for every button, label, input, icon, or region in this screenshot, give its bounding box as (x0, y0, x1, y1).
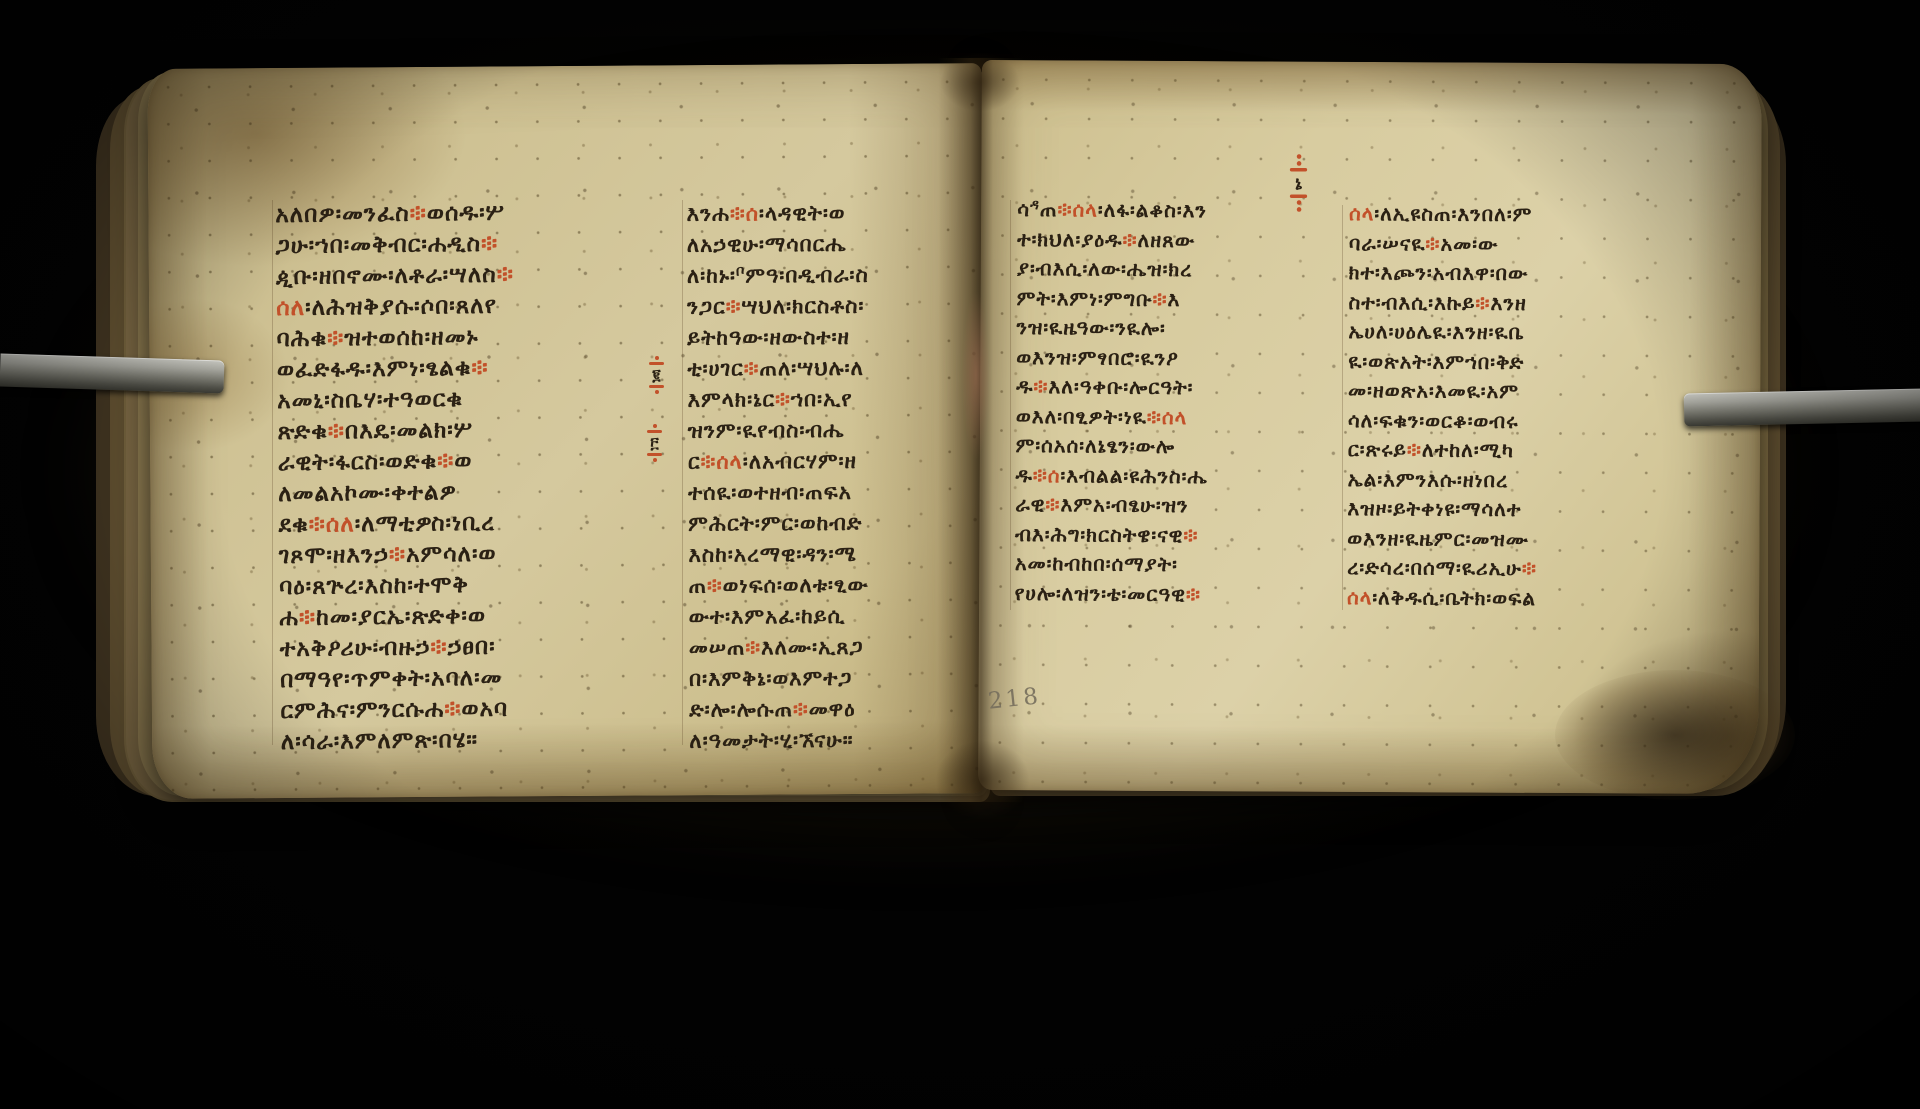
text-column-left-2: እንሐ፨ሰ፡ላዳዊት፡ወለአኃዊሁ፡ማሳበርሔለ፡ከኑ፡ቦምዓ፡በዲብራ፡ስንጋ… (687, 197, 980, 757)
rubric-red-text: ፨ (497, 262, 514, 288)
ink-text: አመኒ፡ስቤሃ፡ተዓወርቁ (277, 386, 463, 414)
ornament-dot (1296, 154, 1301, 159)
ink-text: እምላክ፡ኔር (688, 387, 776, 411)
text-line: ረ፡ድሳረ፡በሰማ፡ዪሪኢሁ፨ (1347, 553, 1667, 584)
text-line: የሀሎ፡ለዝን፡ቴ፡መርዓዊ፨ (1015, 578, 1305, 610)
text-line: ራዊት፡ፋርስ፡ወድቁ፨ወ (278, 444, 678, 479)
ink-text: ለአኃዊሁ፡ማሳበርሔ (687, 232, 847, 257)
text-line: እምላክ፡ኔር፨ኀበ፡ኢየ (688, 383, 978, 416)
text-line: ም፡ሰአሰ፡ለኔፄን፡ውሎ (1016, 431, 1306, 463)
ink-text: በ፡እምቅኔ፡ወእምተጋ (689, 666, 852, 691)
text-line: አመ፡ከብከበ፡ሰማያት፡ (1015, 549, 1305, 581)
ink-text: በእዴ፡መልክ፡ሦ (345, 417, 473, 444)
ruling-line (272, 200, 273, 745)
ink-text: ውተ፡እምአፈ፡ከይሲ (689, 604, 846, 629)
ink-text: ንጋር (687, 295, 726, 319)
rubric-red-text: ፨ (430, 634, 447, 660)
ink-text: ጽድቁ (277, 419, 328, 446)
ink-text: አምሳለ፡ወ (406, 541, 497, 568)
text-line: ወእንዘ፡ዪዜምር፡መዝሙ (1347, 524, 1667, 555)
ink-text: እለሙ፡ኢጸጋ (761, 635, 864, 660)
text-line: ተአቅዖሪሁ፡ብዙኃ፨ኃፀበ፡ (280, 630, 680, 665)
ink-text: ኃፀበ፡ (447, 634, 495, 661)
ink-text: ወእንዘ፡ዪዜምር፡መዝሙ (1347, 526, 1529, 551)
rubric-red-text: ፨ (726, 294, 742, 318)
text-line: ቲ፡ሀገር፨ጠለ፡ሣህሉ፡ለ (687, 352, 977, 385)
text-line: ዱ፨ሰ፡እብልል፡ዩሕንስ፡ሔ (1015, 460, 1305, 492)
ink-text: ቲ፡ሀገር (687, 356, 743, 380)
rubric-red-text: ፨ (1122, 227, 1137, 251)
rubric-red-text: ፨ (1475, 290, 1490, 314)
ornament-dot (1296, 161, 1301, 166)
text-line: ሐ፨ከመ፡ያርኤ፡ጽድቀ፡ወ (279, 599, 679, 634)
photo-background: አለበዎ፡መንፈስ፨ወሰዱ፡ሦጋሁ፡ኀበ፡መቅብር፡ሐዲስ፨ዺቡ፡ዘበኖሙ፡ለቶ… (0, 0, 1920, 1109)
text-line: ያ፡ብእሲ፡ለው፡ሔዝ፡ክረ (1017, 254, 1307, 286)
text-line: ብእ፡ሕግ፡ክርስትዌ፡ናዊ፨ (1015, 519, 1305, 551)
ink-text: ፡ለፋ፡ልቆስ፡እን (1098, 198, 1207, 223)
ornament-dash (649, 362, 664, 365)
margin-ornament: ፪ (649, 356, 664, 394)
ink-text: ወአባ (461, 696, 508, 722)
text-line: ባዕ፡ጸጕረ፡እስከ፡ተሞቅ (279, 568, 679, 603)
ornament-dash (647, 430, 662, 433)
ink-text: ዝንም፡ዪየብስ፡ብሔ (688, 418, 845, 443)
text-line: ጽድቁ፨በእዴ፡መልክ፡ሦ (277, 413, 677, 448)
ink-text: ርምሕና፡ምንርሱሐ (280, 696, 444, 724)
text-line: ር፡ጽሩይ፨ለተከለ፡ሚካ (1348, 435, 1668, 466)
ink-text: እዝዞ፡ይትቀነዩ፡ማሳለተ (1347, 496, 1521, 521)
rubric-red-text: ፨ (707, 574, 723, 598)
rubric-red-text: ፨ (328, 418, 345, 444)
rubric-red-text: ፨ (1045, 492, 1060, 516)
ornament-dot (655, 390, 659, 394)
ink-text: ኀበ፡ኢየ (791, 387, 853, 411)
ink-text: ፡ላዳዊት፡ወ (759, 201, 846, 225)
ink-text: አመ፡ው (1440, 231, 1498, 255)
text-column-right-1: ሳዳጠ፨ሰላ፡ለፋ፡ልቆስ፡እንተ፡ክህለ፡ያዕዱ፨ለዘጸውያ፡ብእሲ፡ለው፡ሔ… (1015, 195, 1308, 610)
rubric-red-text: ፨ሰ (1033, 463, 1061, 487)
ink-text: ለተከለ፡ሚካ (1422, 438, 1514, 462)
ink-text: ንዝ፡ዪዜዓው፡ንዪሎ፡ (1016, 315, 1165, 340)
ink-text: ራዊ (1015, 492, 1045, 516)
text-line: እስከ፡አረማዊ፡ዳን፡ሜ (688, 538, 978, 571)
text-line: ንዝ፡ዪዜዓው፡ንዪሎ፡ (1016, 313, 1306, 345)
rubric-red-text: ሰላ (1347, 585, 1373, 609)
text-line: ምት፡እምነ፡ምግቡ፨እ (1017, 283, 1307, 315)
ink-text: ምዓ፡በዲብራ፡ስ (745, 263, 868, 288)
ink-text: ከመ፡ያርኤ፡ጽድቀ፡ወ (316, 603, 486, 631)
text-line: አለበዎ፡መንፈስ፨ወሰዱ፡ሦ (275, 196, 675, 231)
rubric-red-text: ፨ሰ (730, 201, 759, 225)
ink-text: ር (688, 450, 701, 474)
ink-text: ገጾሞ፡ዘእንኃ (279, 542, 389, 569)
ink-text: ስተ፡ብእሲ፡እኩይ (1348, 290, 1475, 315)
ink-text: ጠ (1040, 197, 1058, 221)
rubric-red-text: ሰለ (276, 295, 305, 321)
text-line: ባሕቁ፨ዝተወሰከ፡ዘመኑ (276, 320, 676, 355)
text-line: ጋሁ፡ኀበ፡መቅብር፡ሐዲስ፨ (275, 227, 675, 262)
ink-text: ድ፡ሎ፡ሎሱጠ (689, 697, 793, 722)
ink-text: አመ፡ከብከበ፡ሰማያት፡ (1015, 551, 1178, 576)
ink-text: ተሰዪ፡ወተዘብ፡ጠፍአ (688, 480, 852, 505)
text-line: መሠጠ፨እለሙ፡ኢጸጋ (689, 631, 979, 664)
ornament-numeral: ፫ (650, 435, 658, 451)
text-line: ሳዳጠ፨ሰላ፡ለፋ፡ልቆስ፡እን (1017, 195, 1307, 227)
text-line: ደቁ፨ሰለ፡ለማቲዎስ፡ነቢረ (278, 506, 678, 541)
ornament-numeral: ኔ (1295, 174, 1302, 192)
text-column-right-2: ሰላ፡ለኢዩስጠ፡እንበለ፡ምባራ፡ሠናዪ፨አመ፡ውክተ፡እጮን፡አብእዋ፡በው… (1347, 199, 1669, 614)
ink-text: ለዘጸው (1138, 227, 1196, 251)
ink-text: እ (1168, 287, 1181, 311)
ornament-dash (647, 453, 662, 456)
ink-text: ለ፡ሳራ፡እምለምጽ፡በሄ። (281, 727, 479, 755)
rubric-red-text: ፨ (745, 635, 761, 659)
text-line: አመኒ፡ስቤሃ፡ተዓወርቁ (277, 382, 677, 417)
ink-text: ዝተወሰከ፡ዘመኑ (344, 324, 479, 351)
text-line: በ፡እምቅኔ፡ወእምተጋ (689, 662, 979, 695)
ornament-numeral: ፪ (652, 367, 660, 383)
ink-text: ባሕቁ (276, 326, 327, 353)
ink-text: ራዊት፡ፋርስ፡ወድቁ (278, 448, 438, 476)
text-line: ርምሕና፡ምንርሱሐ፨ወአባ (280, 692, 680, 727)
ink-text: ለ፡ከኑ፡ (687, 264, 736, 288)
text-line: ራዊ፨እምአ፡ብፄሁ፡ዝን (1015, 490, 1305, 522)
ink-text: ቦ (736, 262, 746, 279)
text-line: ለ፡ከኑ፡ቦምዓ፡በዲብራ፡ስ (687, 259, 977, 292)
ink-text: ተአቅዖሪሁ፡ብዙኃ (280, 635, 431, 663)
text-line: ሰላ፡ለቅዱሲ፡ቤትክ፡ወፍል (1347, 583, 1667, 614)
ink-text: መ፡ዘወጽአ፡እመዪ፡አም (1348, 378, 1519, 403)
ink-text: እስከ፡አረማዊ፡ዳን፡ሜ (688, 542, 857, 567)
rubric-red-text: ፨ (389, 542, 406, 568)
rubric-red-text: ፨ (299, 605, 316, 631)
margin-ornament: ፫ (647, 424, 662, 462)
text-line: ባራ፡ሠናዪ፨አመ፡ው (1349, 229, 1669, 260)
ink-text: ፡ለአብርሃም፡ዘ (743, 449, 857, 474)
text-line: ድ፡ሎ፡ሎሱጠ፨መዋዕ (689, 693, 979, 726)
ink-text: ዳ (1030, 197, 1040, 213)
margin-ornament: ኔ (1290, 154, 1307, 212)
ink-text: ፡ለኢዩስጠ፡እንበለ፡ም (1374, 201, 1532, 226)
ornament-dot (653, 424, 657, 428)
text-line: ር፨ሰላ፡ለአብርሃም፡ዘ (688, 445, 978, 478)
ornament-dash (649, 385, 664, 388)
ink-text: ጋሁ፡ኀበ፡መቅብር፡ሐዲስ (275, 231, 481, 259)
rubric-red-text: ፨ሰላ (1057, 197, 1098, 221)
ink-text: አለበዎ፡መንፈስ (275, 201, 410, 228)
text-line: በማዓየ፡ጥምቀት፡አባለ፡መ (280, 661, 680, 696)
rubric-red-text: ፨ (1033, 374, 1048, 398)
ink-text: ሳ (1017, 197, 1030, 221)
text-line: ገጾሞ፡ዘእንኃ፨አምሳለ፡ወ (279, 537, 679, 572)
text-line: ዺቡ፡ዘበኖሙ፡ለቶራ፡ሣለስ፨ (276, 258, 676, 293)
text-line: ጠ፨ወነፍሰ፡ወለቱ፡ፂው (688, 569, 978, 602)
rubric-red-text: ፨ (793, 697, 809, 721)
text-line: እንሐ፨ሰ፡ላዳዊት፡ወ (687, 197, 977, 230)
ink-text: ተ፡ክህለ፡ያዕዱ (1017, 226, 1123, 251)
ink-text: መዋዕ (809, 697, 856, 721)
ink-text: እንዘ (1490, 290, 1526, 314)
ink-text: ባራ፡ሠናዪ (1349, 231, 1426, 255)
text-line: ክተ፡እጮን፡አብእዋ፡በው (1349, 258, 1669, 289)
rubric-red-text: ፨ሰላ (700, 449, 742, 473)
ink-text: እለ፡ዓቀቡ፡ሎርዓት፡ (1048, 374, 1193, 399)
rubric-red-text: ፨ሰለ (309, 511, 355, 537)
text-line: ለመልአኮሙ፡ቀተልዎ (278, 475, 678, 510)
rubric-red-text: ፨ (444, 696, 461, 722)
ink-text: ሐ (279, 605, 299, 631)
ink-text: ዪ፡ወጽአት፡እምኀበ፡ቅድ (1348, 349, 1524, 374)
rubric-red-text: ፨ (410, 201, 427, 227)
ink-text: እምአ፡ብፄሁ፡ዝን (1060, 492, 1188, 517)
ink-text: ወፈድፋዱ፡እምነ፡ፄልቁ (277, 355, 472, 383)
ink-text: ክተ፡እጮን፡አብእዋ፡በው (1349, 260, 1529, 285)
rubric-red-text: ፨ (471, 355, 488, 381)
ink-text: ሣህለ፡ክርስቶስ፡ (741, 294, 864, 319)
ink-text: ምት፡እምነ፡ምግቡ (1017, 285, 1153, 310)
ink-text: ወነፍሰ፡ወለቱ፡ፂው (723, 573, 869, 598)
ornament-dash (1290, 195, 1307, 198)
rubric-red-text: ፨ (744, 356, 760, 380)
ink-text: ምሕርት፡ምር፡ወከብድ (688, 511, 862, 536)
text-line: ሰለ፡ለሕዝቅያሱ፡ሶበ፡ጸለየ (276, 289, 676, 324)
text-line: ሰላ፡ለኢዩስጠ፡እንበለ፡ም (1349, 199, 1669, 230)
rubric-red-text: ፨ (1425, 231, 1440, 255)
ink-text: ኤል፡እምንእሱ፡ዘነበረ (1348, 467, 1509, 492)
ink-text: የሀሎ፡ለዝን፡ቴ፡መርዓዊ (1015, 580, 1186, 605)
ink-text: ር፡ጽሩይ (1348, 437, 1407, 461)
text-line: ወእንዝ፡ምፃበሮ፡ዪንዖ (1016, 342, 1306, 374)
ornament-dot (653, 458, 657, 462)
ornament-dash (1290, 168, 1307, 171)
text-line: ለ፡ዓመታት፡ሂ፡ኧናሁ። (689, 724, 979, 757)
ink-text: ለመልአኮሙ፡ቀተልዎ (278, 479, 457, 507)
ink-text: ለ፡ዓመታት፡ሂ፡ኧናሁ። (689, 728, 853, 753)
ink-text: በማዓየ፡ጥምቀት፡አባለ፡መ (280, 665, 503, 693)
rubric-red-text: ፨ (1522, 556, 1537, 580)
text-column-left-1: አለበዎ፡መንፈስ፨ወሰዱ፡ሦጋሁ፡ኀበ፡መቅብር፡ሐዲስ፨ዺቡ፡ዘበኖሙ፡ለቶ… (275, 196, 681, 758)
text-line: ወፈድፋዱ፡እምነ፡ፄልቁ፨ (277, 351, 677, 386)
ink-text: ፡ለሕዝቅያሱ፡ሶበ፡ጸለየ (305, 293, 497, 321)
text-line: ለ፡ሳራ፡እምለምጽ፡በሄ። (281, 723, 681, 758)
ruling-line (682, 200, 683, 745)
text-line: ዪ፡ወጽአት፡እምኀበ፡ቅድ (1348, 347, 1668, 378)
text-line: ንጋር፨ሣህለ፡ክርስቶስ፡ (687, 290, 977, 323)
ink-text: ያ፡ብእሲ፡ለው፡ሔዝ፡ክረ (1017, 256, 1193, 281)
text-line: ይትከዓው፡ዘውስተ፡ዘ (687, 321, 977, 354)
ink-text: ደቁ (278, 512, 308, 538)
ink-text: ም፡ሰአሰ፡ለኔፄን፡ውሎ (1016, 433, 1175, 458)
spine-top-shadow (940, 52, 1020, 112)
ink-text: ረ፡ድሳረ፡በሰማ፡ዪሪኢሁ (1347, 555, 1522, 580)
text-line: ተሰዪ፡ወተዘብ፡ጠፍአ (688, 476, 978, 509)
ink-text: ዱ (1016, 374, 1033, 398)
ink-text: ፡ለቅዱሲ፡ቤትክ፡ወፍል (1372, 585, 1536, 610)
ornament-dot (1296, 200, 1301, 205)
ink-text: ፡እብልል፡ዩሕንስ፡ሔ (1061, 463, 1208, 488)
rubric-red-text: ፨ (1152, 286, 1167, 310)
ink-text: መሠጠ (689, 635, 746, 659)
rubric-red-text: ፨ሰላ (1147, 404, 1188, 428)
rubric-red-text: ፨ (1183, 523, 1198, 547)
rubric-red-text: ፨ (327, 325, 344, 351)
left-metal-clip (0, 353, 224, 393)
text-line: ኤል፡እምንእሱ፡ዘነበረ (1348, 465, 1668, 496)
ink-text: ይትከዓው፡ዘውስተ፡ዘ (687, 325, 850, 350)
ink-text: ወእለ፡በፂዎት፡ነዪ (1016, 403, 1147, 428)
ink-text: ብእ፡ሕግ፡ክርስትዌ፡ናዊ (1015, 521, 1184, 546)
ink-text: ዱ (1015, 462, 1032, 486)
ink-text: ዺቡ፡ዘበኖሙ፡ለቶራ፡ሣለስ (276, 262, 497, 290)
ink-text: እንሐ (687, 202, 730, 226)
text-line: ተ፡ክህለ፡ያዕዱ፨ለዘጸው (1017, 224, 1307, 256)
text-line: ስተ፡ብእሲ፡እኩይ፨እንዘ (1348, 288, 1668, 319)
rubric-red-text: ፨ (1407, 437, 1422, 461)
ink-text: ጠለ፡ሣህሉ፡ለ (759, 356, 863, 381)
ink-text: ባዕ፡ጸጕረ፡እስከ፡ተሞቅ (279, 572, 469, 600)
text-line: ዱ፨እለ፡ዓቀቡ፡ሎርዓት፡ (1016, 372, 1306, 404)
rubric-red-text: ፨ (481, 231, 498, 257)
text-line: እዝዞ፡ይትቀነዩ፡ማሳለተ (1347, 494, 1667, 525)
text-line: መ፡ዘወጽአ፡እመዪ፡አም (1348, 376, 1668, 407)
ink-text: ፡ለማቲዎስ፡ነቢረ (355, 510, 496, 537)
rubric-red-text: ሰላ (1349, 201, 1375, 225)
ornament-dot (655, 356, 659, 360)
ruling-line (1010, 200, 1011, 610)
bottom-right-page-curl (1555, 670, 1795, 800)
text-line: ለአኃዊሁ፡ማሳበርሔ (687, 228, 977, 261)
text-line: ዝንም፡ዪየብስ፡ብሔ (688, 414, 978, 447)
ruling-line (1342, 205, 1343, 610)
text-line: ወእለ፡በፂዎት፡ነዪ፨ሰላ (1016, 401, 1306, 433)
ornament-dot (1296, 207, 1301, 212)
text-line: ሳለ፡ፍቁን፡ወርቆ፡ወብሩ (1348, 406, 1668, 437)
page-number-pencil: 218 (987, 683, 1042, 714)
ink-text: ኤሀለ፡ሀዕሌዪ፡እንዘ፡ዪቤ (1348, 319, 1524, 344)
ink-text: ወሰዱ፡ሦ (427, 200, 505, 227)
ink-text: ወእንዝ፡ምፃበሮ፡ዪንዖ (1016, 344, 1179, 369)
rubric-red-text: ፨ (437, 448, 454, 474)
text-line: ምሕርት፡ምር፡ወከብድ (688, 507, 978, 540)
text-line: ኤሀለ፡ሀዕሌዪ፡እንዘ፡ዪቤ (1348, 317, 1668, 348)
rubric-red-text: ፨ (1186, 582, 1201, 606)
text-line: ውተ፡እምአፈ፡ከይሲ (689, 600, 979, 633)
ink-text: ወ (454, 448, 472, 474)
ink-text: ሳለ፡ፍቁን፡ወርቆ፡ወብሩ (1348, 408, 1519, 433)
rubric-red-text: ፨ (775, 387, 791, 411)
ink-text: ጠ (689, 574, 708, 598)
right-metal-clip (1684, 388, 1920, 426)
